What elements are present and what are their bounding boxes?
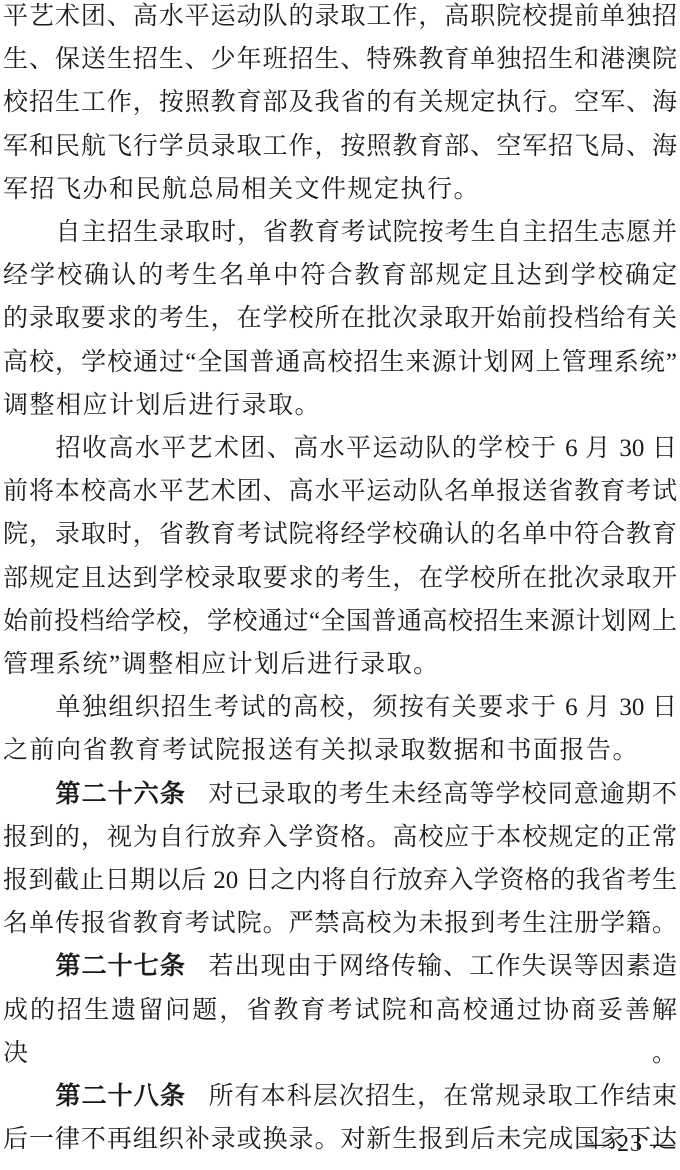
article-number: 第二十七条 xyxy=(56,953,186,980)
text-line: 生、保送生招生、少年班招生、特殊教育单独招生和港澳院 xyxy=(3,38,677,81)
text-line: 平艺术团、高水平运动队的录取工作，高职院校提前单独招 xyxy=(3,0,677,38)
text-line: 高校，学校通过“全国普通高校招生来源计划网上管理系统” xyxy=(3,341,677,384)
text-line: 军和民航飞行学员录取工作，按照教育部、空军招飞局、海 xyxy=(3,125,677,168)
article-number: 第二十八条 xyxy=(56,1083,186,1110)
text-line: 之前向省教育考试院报送有关拟录取数据和书面报告。 xyxy=(3,729,677,772)
article-heading-line: 第二十七条若出现由于网络传输、工作失误等因素造 xyxy=(3,945,677,988)
text-line: 招收高水平艺术团、高水平运动队的学校于 6 月 30 日 xyxy=(3,427,677,470)
text-line: 前将本校高水平艺术团、高水平运动队名单报送省教育考试 xyxy=(3,470,677,513)
text-line: 报到截止日期以后 20 日之内将自行放弃入学资格的我省考生 xyxy=(3,859,677,902)
article-heading-line: 第二十六条对已录取的考生未经高等学校同意逾期不 xyxy=(3,773,677,816)
text-line: 成的招生遗留问题，省教育考试院和高校通过协商妥善解决。 xyxy=(3,989,677,1075)
article-text: 所有本科层次招生，在常规录取工作结束 xyxy=(208,1083,677,1110)
text-line: 报到的，视为自行放弃入学资格。高校应于本校规定的正常 xyxy=(3,816,677,859)
text-line: 经学校确认的考生名单中符合教育部规定且达到学校确定 xyxy=(3,254,677,297)
text-line: 校招生工作，按照教育部及我省的有关规定执行。空军、海 xyxy=(3,81,677,124)
text-line: 始前投档给学校，学校通过“全国普通高校招生来源计划网上 xyxy=(3,600,677,643)
article-text: 对已录取的考生未经高等学校同意逾期不 xyxy=(208,781,677,808)
text-line: 单独组织招生考试的高校，须按有关要求于 6 月 30 日 xyxy=(3,686,677,729)
page-number: — 23 — xyxy=(585,1129,675,1159)
text-line: 院，录取时，省教育考试院将经学校确认的名单中符合教育 xyxy=(3,513,677,556)
article-text: 若出现由于网络传输、工作失误等因素造 xyxy=(208,953,677,980)
text-line: 后一律不再组织补录或换录。对新生报到后未完成国家下达 xyxy=(3,1118,677,1161)
document-page: 平艺术团、高水平运动队的录取工作，高职院校提前单独招 生、保送生招生、少年班招生… xyxy=(3,0,677,1161)
text-line: 的录取要求的考生，在学校所在批次录取开始前投档给有关 xyxy=(3,297,677,340)
text-line: 管理系统”调整相应计划后进行录取。 xyxy=(3,643,677,686)
article-heading-line: 第二十八条所有本科层次招生，在常规录取工作结束 xyxy=(3,1075,677,1118)
article-number: 第二十六条 xyxy=(56,781,186,808)
text-line: 名单传报省教育考试院。严禁高校为未报到考生注册学籍。 xyxy=(3,902,677,945)
text-line: 军招飞办和民航总局相关文件规定执行。 xyxy=(3,168,677,211)
text-line: 调整相应计划后进行录取。 xyxy=(3,384,677,427)
text-line: 部规定且达到学校录取要求的考生，在学校所在批次录取开 xyxy=(3,557,677,600)
text-line: 自主招生录取时，省教育考试院按考生自主招生志愿并 xyxy=(3,211,677,254)
